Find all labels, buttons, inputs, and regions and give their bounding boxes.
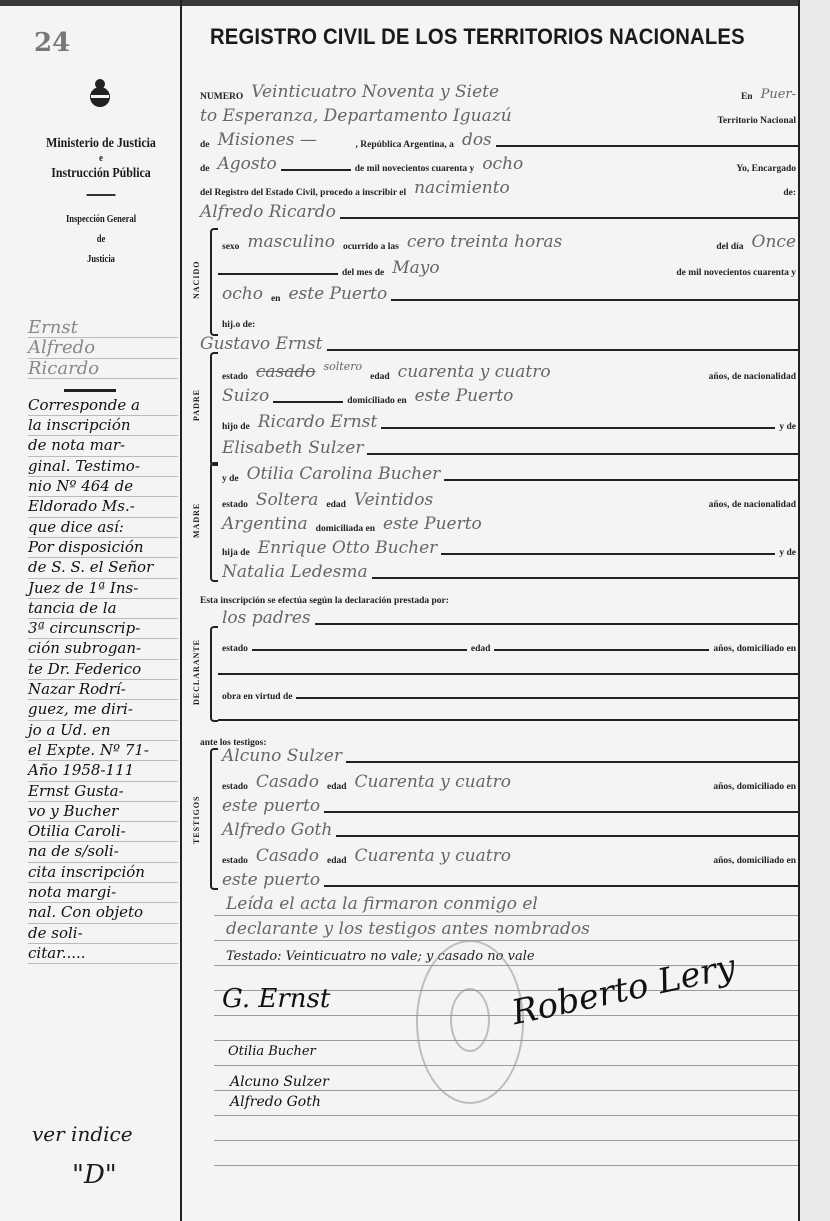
margin-note-line: de soli- <box>28 924 178 944</box>
declarante-estado-row: estado edad años, domiciliado en <box>218 632 800 654</box>
mes-value: Agosto <box>214 154 281 174</box>
nacionalidad-label: años, de nacionalidad <box>705 500 800 510</box>
anio-value: ocho <box>478 154 732 174</box>
declarante-obra-row: obra en virtud de <box>218 680 800 702</box>
nacido-section-label: NACIDO <box>192 250 206 310</box>
estado-label: estado <box>218 644 252 654</box>
margin-note-line: ginal. Testimo- <box>28 457 178 477</box>
estado-label: estado <box>218 500 252 510</box>
testigo-1-nombre-row: Alcuno Sulzer <box>218 744 800 766</box>
madre-bracket <box>210 462 218 582</box>
edad-value: Cuarenta y cuatro <box>351 772 710 792</box>
hijo-label: hij.o de: <box>218 320 259 330</box>
margin-note-line: na de s/soli- <box>28 842 178 862</box>
closing-text-2: declarante y los testigos antes nombrado… <box>222 919 594 939</box>
domicilio-value: este Puerto <box>411 386 800 406</box>
ministry-line-2: Instrucción Pública <box>32 164 170 184</box>
nombre-value: Alfredo Ricardo <box>196 202 340 222</box>
declaracion-row: Esta inscripción se efectúa según la dec… <box>196 584 800 606</box>
padre-nombre-value: Gustavo Ernst <box>196 334 327 354</box>
nombre-row: Alfredo Ricardo <box>196 200 800 222</box>
ruled-line <box>214 1140 798 1141</box>
margin-note-line: nota margi- <box>28 883 178 903</box>
closing-line-1: Leída el acta la firmaron conmigo el <box>222 892 800 914</box>
margin-note-line: Nazar Rodrí- <box>28 680 178 700</box>
obra-label: obra en virtud de <box>218 692 296 702</box>
mes-row: del mes de Mayo de mil novecientos cuare… <box>218 256 800 278</box>
inspeccion-line-2: de <box>32 230 170 250</box>
declaracion-label: Esta inscripción se efectúa según la dec… <box>196 596 453 606</box>
edad-label: edad <box>323 856 351 866</box>
fill-line <box>367 453 800 455</box>
estado-label: estado <box>218 782 252 792</box>
domicilio-value: este puerto <box>218 870 324 890</box>
edad-value: cuarenta y cuatro <box>394 362 705 382</box>
fill-line <box>218 673 800 675</box>
testigos-bracket <box>210 748 218 890</box>
margin-note-line: que dice así: <box>28 518 178 538</box>
abuelo-value: Ricardo Ernst <box>254 412 382 432</box>
numero-row: NUMERO Veinticuatro Noventa y Siete En P… <box>196 80 800 102</box>
padre-abuela-row: Elisabeth Sulzer <box>218 436 800 458</box>
declarante-section-label: DECLARANTE <box>192 634 206 710</box>
estado-value: Soltera <box>252 490 322 510</box>
fill-line <box>252 649 467 651</box>
edad-value: Cuarenta y cuatro <box>351 846 710 866</box>
declarante-blank-row-2 <box>218 702 800 724</box>
index-divider <box>64 381 116 392</box>
declarante-blank-row <box>218 656 800 678</box>
abuelo-value: Enrique Otto Bucher <box>254 538 442 558</box>
page-edge <box>800 0 830 1221</box>
estado-value: Casado <box>252 846 323 866</box>
lugar-value: to Esperanza, Departamento Iguazú <box>196 106 713 126</box>
margin-note-line: guez, me diri- <box>28 700 178 720</box>
numero-value: Veinticuatro Noventa y Siete <box>247 82 737 102</box>
hijo-de-label: hijo de <box>218 422 254 432</box>
edad-label: edad <box>322 500 350 510</box>
fill-line <box>324 811 800 813</box>
testigo-1-estado-row: estado Casado edad Cuarenta y cuatro año… <box>218 770 800 792</box>
margin-note-line: Juez de 1ª Ins- <box>28 579 178 599</box>
fill-line <box>273 401 343 403</box>
domicilio-value: este puerto <box>218 796 324 816</box>
territorio-row: de Misiones — , República Argentina, a d… <box>196 128 800 150</box>
index-surname: Ernst <box>28 318 178 338</box>
encargado-label: Yo, Encargado <box>732 164 800 174</box>
sexo-row: sexo masculino ocurrido a las cero trein… <box>218 230 800 252</box>
margin-note-line: tancia de la <box>28 599 178 619</box>
fill-line <box>296 697 800 699</box>
margin-note-line: vo y Bucher <box>28 802 178 822</box>
margin-note-line: Corresponde a <box>28 396 178 416</box>
margin-note-line: te Dr. Federico <box>28 660 178 680</box>
del-dia-label: del día <box>712 242 747 252</box>
anio-label: de mil novecientos cuarenta y <box>351 164 479 174</box>
fecha-row: de Agosto de mil novecientos cuarenta y … <box>196 152 800 174</box>
padre-bracket <box>210 352 218 466</box>
testigo-1-domicilio-row: este puerto <box>218 794 800 816</box>
lugar-row: to Esperanza, Departamento Iguazú Territ… <box>196 104 800 126</box>
sexo-value: masculino <box>243 232 339 252</box>
madre-estado-row: estado Soltera edad Veintidos años, de n… <box>218 488 800 510</box>
declaracion-value-row: los padres <box>218 606 800 628</box>
fill-line <box>336 835 800 837</box>
signature-padre: G. Ernst <box>222 984 330 1014</box>
madre-domicilio-row: Argentina domiciliada en este Puerto <box>218 512 800 534</box>
de-label: de <box>196 140 214 150</box>
domicilio-label: domiciliado en <box>343 396 410 406</box>
domicilio-label: años, domiciliado en <box>709 644 800 654</box>
territorio-label: Territorio Nacional <box>713 116 800 126</box>
madre-abuela-row: Natalia Ledesma <box>218 560 800 582</box>
domicilio-label: años, domiciliado en <box>709 856 800 866</box>
fill-line <box>372 577 800 579</box>
signature-testigo-2: Alfredo Goth <box>230 1094 321 1110</box>
edad-value: Veintidos <box>350 490 705 510</box>
madre-filiacion-row: hija de Enrique Otto Bucher y de <box>218 536 800 558</box>
y-de-label: y de <box>775 422 800 432</box>
republica-label: , República Argentina, a <box>352 140 458 150</box>
registry-page: 24 Ministerio de Justicia e Instrucción … <box>0 0 830 1221</box>
margin-note-line: citar..... <box>28 944 178 964</box>
ver-indice-note: ver indice <box>32 1122 133 1146</box>
page-number: 24 <box>34 28 70 58</box>
fill-line <box>218 273 338 275</box>
nacido-bracket <box>210 228 218 336</box>
nacionalidad-value: Suizo <box>218 386 273 406</box>
estado-label: estado <box>218 372 252 382</box>
margin-note-line: Año 1958-111 <box>28 761 178 781</box>
de3-label: de: <box>779 188 800 198</box>
fill-line <box>441 553 775 555</box>
margin-note-line: ción subrogan- <box>28 639 178 659</box>
coat-of-arms-icon <box>88 76 112 108</box>
signature-madre: Otilia Bucher <box>228 1044 316 1059</box>
margin-note-line: Eldorado Ms.- <box>28 497 178 517</box>
en-value: Puer- <box>757 87 800 102</box>
edad-label: edad <box>366 372 394 382</box>
margin-note-line: Por disposición <box>28 538 178 558</box>
hijo-row: hij.o de: <box>218 308 800 330</box>
margin-note-line: nio Nº 464 de <box>28 477 178 497</box>
acto-value: nacimiento <box>410 178 779 198</box>
declarante-bracket <box>210 626 218 722</box>
ruled-line <box>214 1090 798 1091</box>
index-given-name-2: Ricardo <box>28 359 178 379</box>
fill-line <box>496 145 800 147</box>
madre-section-label: MADRE <box>192 490 206 550</box>
index-given-name-1: Alfredo <box>28 338 178 358</box>
margin-note-line: el Expte. Nº 71- <box>28 741 178 761</box>
ruled-line <box>214 940 798 941</box>
fill-line <box>391 299 800 301</box>
fill-line <box>381 427 775 429</box>
margin-note-line: la inscripción <box>28 416 178 436</box>
margin-note-line: Otilia Caroli- <box>28 822 178 842</box>
fill-line <box>281 169 351 171</box>
y-de-label: y de <box>218 474 243 484</box>
ruled-line <box>214 1115 798 1116</box>
margin-note-line: cita inscripción <box>28 863 178 883</box>
ministry-heading: Ministerio de Justicia e Instrucción Púb… <box>32 134 170 270</box>
numero-label: NUMERO <box>196 92 247 102</box>
document-title: REGISTRO CIVIL DE LOS TERRITORIOS NACION… <box>210 24 745 50</box>
abuela-value: Natalia Ledesma <box>218 562 372 582</box>
ministry-connector: e <box>32 154 170 164</box>
margin-note-line: de nota mar- <box>28 436 178 456</box>
padre-filiacion-row: hijo de Ricardo Ernst y de <box>218 410 800 432</box>
margin-note-line: nal. Con objeto <box>28 903 178 923</box>
registro-label: del Registro del Estado Civil, procedo a… <box>196 188 410 198</box>
ruled-line <box>214 915 798 916</box>
testigo-2-estado-row: estado Casado edad Cuarenta y cuatro año… <box>218 844 800 866</box>
declaracion-value: los padres <box>218 608 315 628</box>
domicilio-label: años, domiciliado en <box>709 782 800 792</box>
margin-note-line: 3ª circunscrip- <box>28 619 178 639</box>
nacionalidad-value: Argentina <box>218 514 312 534</box>
closing-text-1: Leída el acta la firmaron conmigo el <box>222 894 542 914</box>
margin-note-line: jo a Ud. en <box>28 721 178 741</box>
edad-label: edad <box>467 644 495 654</box>
mes-label: del mes de <box>338 268 388 278</box>
official-seal <box>416 940 524 1104</box>
madre-nombre-row: y de Otilia Carolina Bucher <box>218 462 800 484</box>
divider <box>87 194 116 196</box>
testigo-2-nombre: Alfredo Goth <box>218 820 336 840</box>
fill-line <box>218 719 800 721</box>
testigo-1-nombre: Alcuno Sulzer <box>218 746 346 766</box>
padre-estado-row: estado casado soltero edad cuarenta y cu… <box>218 360 800 382</box>
testigo-2-domicilio-row: este puerto <box>218 868 800 890</box>
lugar-value: este Puerto <box>284 284 391 304</box>
dia-value: dos <box>458 130 496 150</box>
ministry-line-1: Ministerio de Justicia <box>32 134 170 154</box>
y-de-label: y de <box>775 548 800 558</box>
estado-value: Casado <box>252 772 323 792</box>
indice-letter: "D" <box>72 1160 117 1190</box>
sexo-label: sexo <box>218 242 243 252</box>
hora-value: cero treinta horas <box>403 232 712 252</box>
closing-line-2: declarante y los testigos antes nombrado… <box>222 917 800 939</box>
margin-note-lines: Corresponde ala inscripciónde nota mar-g… <box>28 396 178 964</box>
territorio-value: Misiones — <box>214 130 352 150</box>
en-label: En <box>737 92 757 102</box>
edad-label: edad <box>323 782 351 792</box>
inspeccion-line-3: Justicia <box>32 250 170 270</box>
padre-nombre-row: Gustavo Ernst <box>196 332 800 354</box>
domicilio-label: domiciliada en <box>312 524 379 534</box>
inspeccion-line-1: Inspección General <box>32 210 170 230</box>
de2-label: de <box>196 164 214 174</box>
estado-label: estado <box>218 856 252 866</box>
estado-value: casado <box>252 362 320 382</box>
fill-line <box>346 761 800 763</box>
madre-nombre-value: Otilia Carolina Bucher <box>243 464 445 484</box>
registro-row: del Registro del Estado Civil, procedo a… <box>196 176 800 198</box>
anio-label: de mil novecientos cuarenta y <box>672 268 800 278</box>
margin-note-line: Ernst Gusta- <box>28 782 178 802</box>
estado-correction: soltero <box>320 360 367 373</box>
margin-note-line: de S. S. el Señor <box>28 558 178 578</box>
fill-line <box>315 623 800 625</box>
fill-line <box>444 479 800 481</box>
fill-line <box>324 885 800 887</box>
abuela-value: Elisabeth Sulzer <box>218 438 367 458</box>
testigo-2-nombre-row: Alfredo Goth <box>218 818 800 840</box>
column-divider <box>180 0 182 1221</box>
padre-section-label: PADRE <box>192 380 206 430</box>
lugar-row: ocho en este Puerto <box>218 282 800 304</box>
testigos-section-label: TESTIGOS <box>192 790 206 850</box>
anio-value: ocho <box>218 284 267 304</box>
dia-value: Once <box>748 232 800 252</box>
en-label: en <box>267 294 285 304</box>
ocurrido-label: ocurrido a las <box>339 242 403 252</box>
nacionalidad-label: años, de nacionalidad <box>705 372 800 382</box>
hija-de-label: hija de <box>218 548 254 558</box>
mes-value: Mayo <box>388 258 672 278</box>
scan-edge <box>0 0 830 6</box>
domicilio-value: este Puerto <box>379 514 800 534</box>
padre-domicilio-row: Suizo domiciliado en este Puerto <box>218 384 800 406</box>
fill-line <box>327 349 800 351</box>
ruled-line <box>214 1165 798 1166</box>
fill-line <box>340 217 800 219</box>
margin-notes: Ernst Alfredo Ricardo Corresponde ala in… <box>28 318 178 964</box>
signature-testigo-1: Alcuno Sulzer <box>230 1074 329 1090</box>
fill-line <box>494 649 709 651</box>
